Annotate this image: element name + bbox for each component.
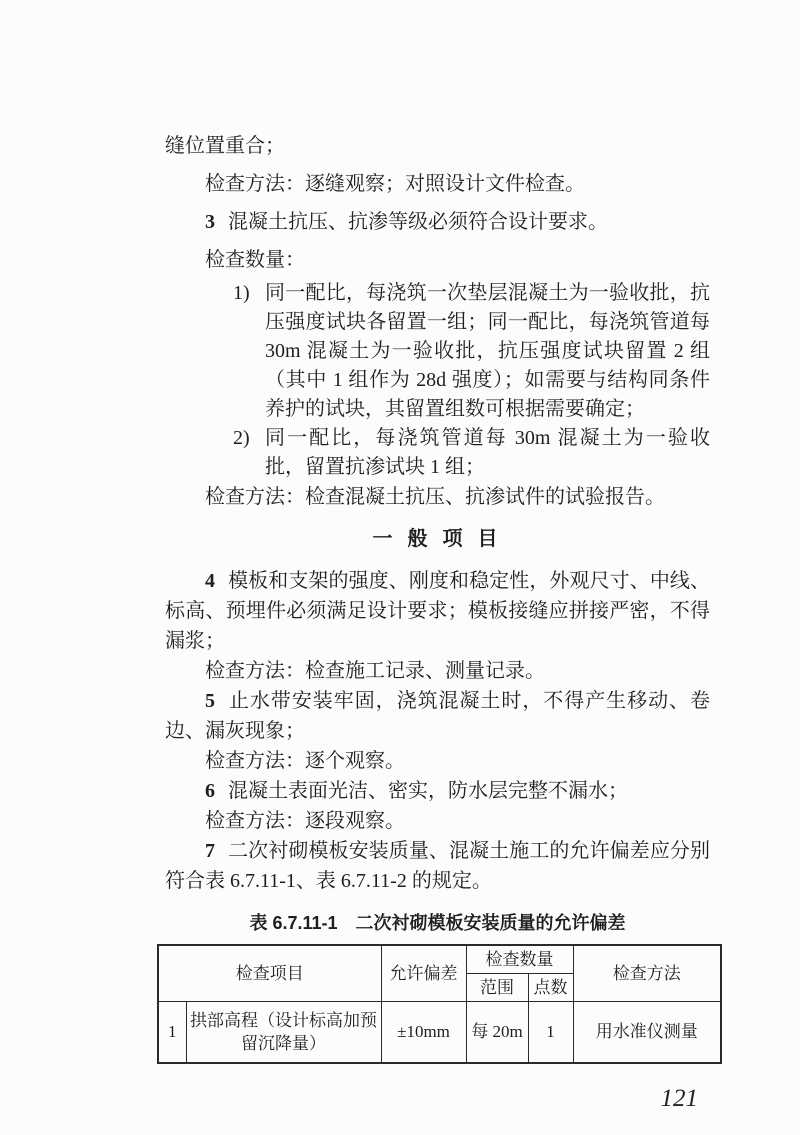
document-page: 缝位置重合； 检查方法：逐缝观察；对照设计文件检查。 3混凝土抗压、抗渗等级必须… [0, 0, 800, 1135]
paragraph-item-5: 5止水带安装牢固，浇筑混凝土时，不得产生移动、卷边、漏灰现象； [165, 686, 710, 746]
header-points: 点数 [528, 973, 573, 1001]
cell-range: 每 20m [466, 1001, 528, 1063]
paragraph-check-method: 检查方法：逐个观察。 [165, 746, 710, 776]
item-number: 7 [205, 840, 215, 862]
paragraph-text: 二次衬砌模板安装质量、混凝土施工的允许偏差应分别符合表 6.7.11-1、表 6… [165, 840, 710, 892]
paragraph-item-4: 4模板和支架的强度、刚度和稳定性，外观尺寸、中线、标高、预埋件必须满足设计要求；… [165, 566, 710, 656]
cell-tolerance: ±10mm [381, 1001, 466, 1063]
subitem-text: 同一配比，每浇筑管道每 30m 混凝土为一验收批，留置抗渗试块 1 组； [265, 424, 710, 482]
item-number: 6 [205, 780, 215, 802]
header-check-item: 检查项目 [158, 945, 381, 1001]
paragraph-text: 检查方法：检查混凝土抗压、抗渗试件的试验报告。 [205, 486, 665, 508]
header-tolerance: 允许偏差 [381, 945, 466, 1001]
paragraph-continuation: 缝位置重合； [165, 127, 710, 165]
tolerance-table: 检查项目 允许偏差 检查数量 检查方法 范围 点数 1 拱部高程（设计标高加预留… [157, 944, 722, 1064]
paragraph-text: 检查方法：逐段观察。 [205, 810, 405, 832]
cell-item: 拱部高程（设计标高加预留沉降量） [186, 1001, 381, 1063]
item-number: 4 [205, 570, 215, 592]
paragraph-text: 检查方法：逐个观察。 [205, 750, 405, 772]
page-number: 121 [165, 1084, 710, 1114]
cell-method: 用水准仪测量 [573, 1001, 721, 1063]
item-number: 5 [205, 690, 215, 712]
paragraph-text: 检查方法：逐缝观察；对照设计文件检查。 [205, 173, 585, 195]
paragraph-text: 检查方法：检查施工记录、测量记录。 [205, 660, 545, 682]
paragraph-check-quantity: 检查数量： [165, 241, 710, 279]
paragraph-text: 检查数量： [205, 249, 305, 271]
cell-seq: 1 [158, 1001, 186, 1063]
subitem-1: 1) 同一配比，每浇筑一次垫层混凝土为一验收批，抗压强度试块各留置一组；同一配比… [233, 279, 710, 424]
paragraph-text: 缝位置重合； [165, 135, 285, 157]
paragraph-check-method: 检查方法：逐缝观察；对照设计文件检查。 [165, 165, 710, 203]
paragraph-item-7: 7二次衬砌模板安装质量、混凝土施工的允许偏差应分别符合表 6.7.11-1、表 … [165, 836, 710, 896]
paragraph-item-3: 3混凝土抗压、抗渗等级必须符合设计要求。 [165, 203, 710, 241]
subitem-2: 2) 同一配比，每浇筑管道每 30m 混凝土为一验收批，留置抗渗试块 1 组； [233, 424, 710, 482]
subitem-number: 2) [233, 424, 265, 482]
paragraph-check-method: 检查方法：检查施工记录、测量记录。 [165, 656, 710, 686]
paragraph-text: 模板和支架的强度、刚度和稳定性，外观尺寸、中线、标高、预埋件必须满足设计要求；模… [165, 570, 710, 652]
paragraph-text: 止水带安装牢固，浇筑混凝土时，不得产生移动、卷边、漏灰现象； [165, 690, 710, 742]
paragraph-check-method: 检查方法：逐段观察。 [165, 806, 710, 836]
subitem-number: 1) [233, 279, 265, 424]
page-content: 缝位置重合； 检查方法：逐缝观察；对照设计文件检查。 3混凝土抗压、抗渗等级必须… [0, 0, 800, 1114]
table-title: 表 6.7.11-1 二次衬砌模板安装质量的允许偏差 [165, 910, 710, 936]
paragraph-check-method: 检查方法：检查混凝土抗压、抗渗试件的试验报告。 [165, 482, 710, 512]
header-range: 范围 [466, 973, 528, 1001]
paragraph-text: 混凝土抗压、抗渗等级必须符合设计要求。 [228, 211, 608, 233]
item-number: 3 [205, 211, 215, 233]
paragraph-item-6: 6混凝土表面光洁、密实，防水层完整不漏水； [165, 776, 710, 806]
cell-points: 1 [528, 1001, 573, 1063]
paragraph-text: 混凝土表面光洁、密实，防水层完整不漏水； [228, 780, 628, 802]
table-row: 1 拱部高程（设计标高加预留沉降量） ±10mm 每 20m 1 用水准仪测量 [158, 1001, 721, 1063]
section-heading: 一 般 项 目 [165, 524, 710, 554]
header-check-method: 检查方法 [573, 945, 721, 1001]
header-check-quantity: 检查数量 [466, 945, 573, 973]
subitem-text: 同一配比，每浇筑一次垫层混凝土为一验收批，抗压强度试块各留置一组；同一配比，每浇… [265, 279, 710, 424]
